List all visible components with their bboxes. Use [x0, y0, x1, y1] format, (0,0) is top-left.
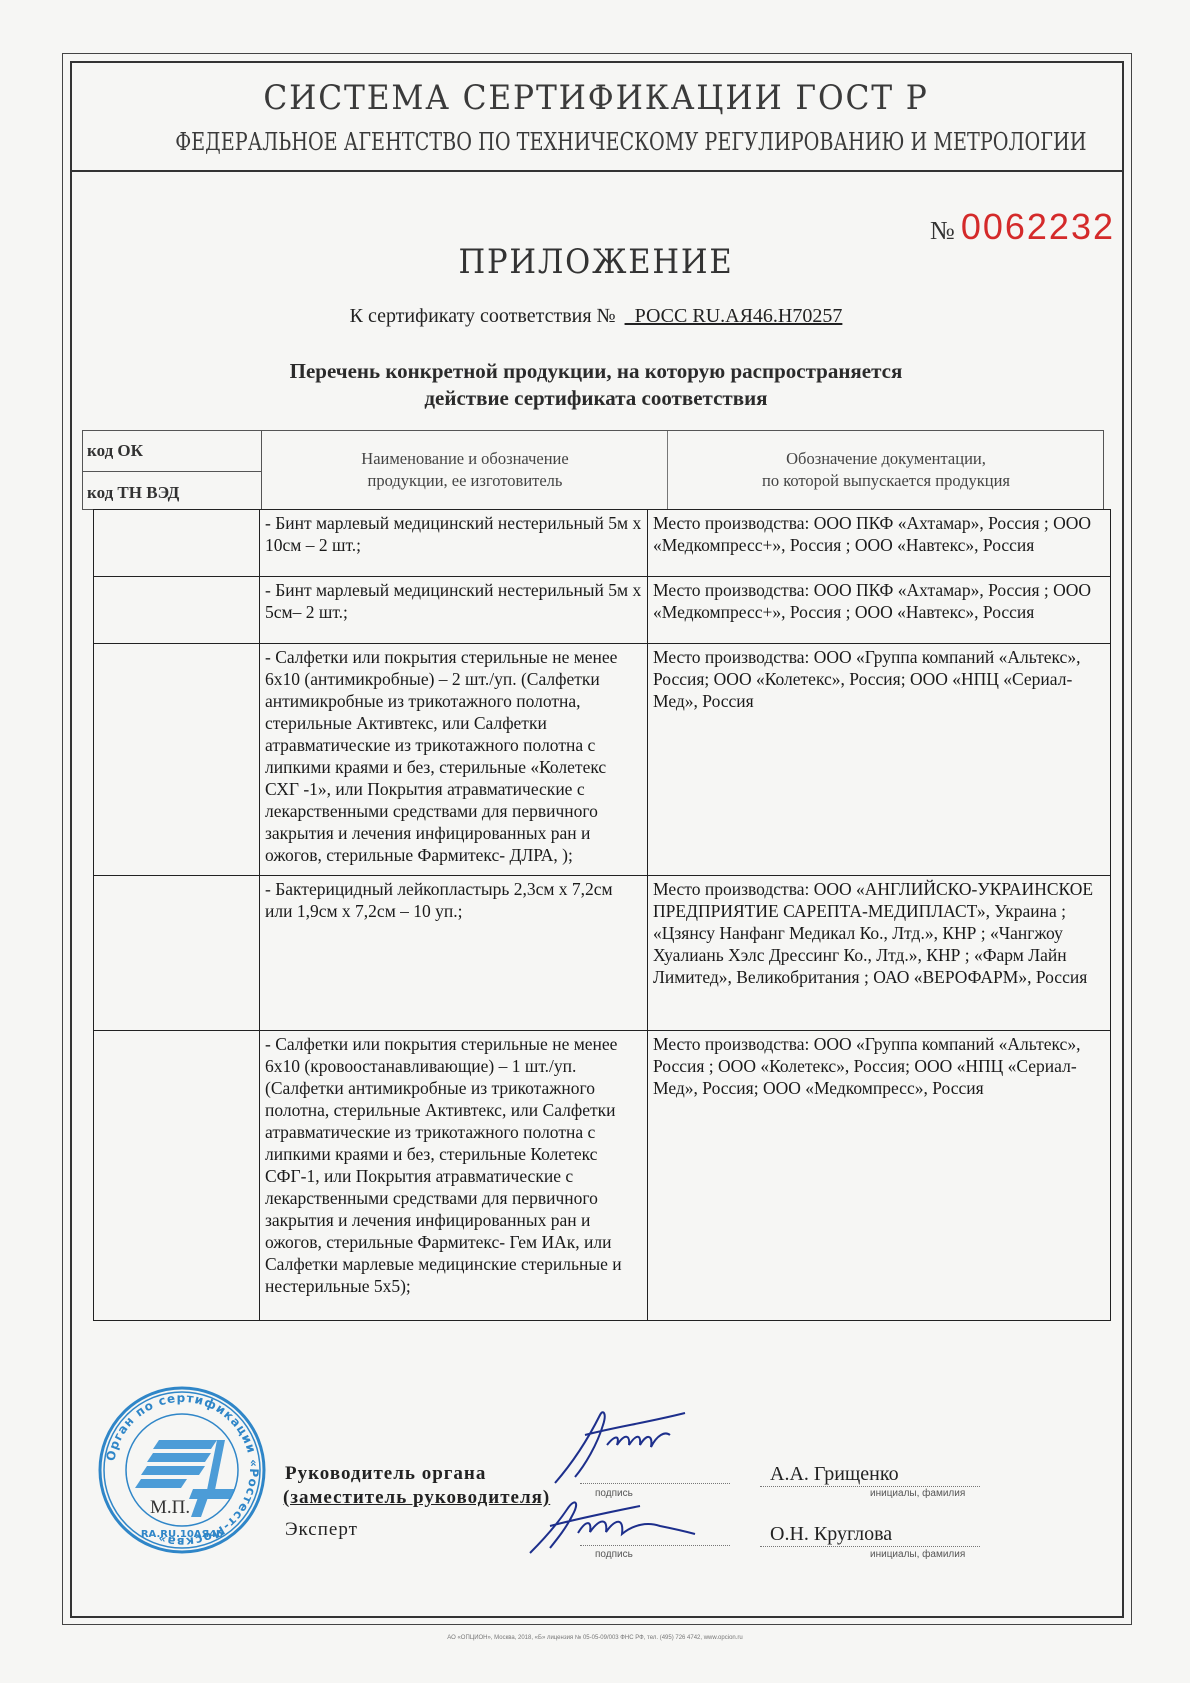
- expert-name-line: [760, 1546, 980, 1547]
- row-product: - Салфетки или покрытия стерильные не ме…: [260, 1031, 648, 1321]
- certificate-reference: К сертификату соответствия № _РОСС RU.АЯ…: [70, 305, 1122, 328]
- row-code: [94, 577, 260, 644]
- table-row: - Бактерицидный лейкопластырь 2,3см х 7,…: [94, 876, 1111, 1031]
- head-signature-icon: [545, 1405, 695, 1485]
- row-product: - Бактерицидный лейкопластырь 2,3см х 7,…: [260, 876, 648, 1031]
- expert-signature-icon: [520, 1488, 710, 1558]
- expert-name: О.Н. Круглова: [770, 1523, 892, 1546]
- row-code: [94, 644, 260, 876]
- expert-signature-caption: подпись: [595, 1549, 633, 1560]
- cert-ref-number: _РОСС RU.АЯ46.Н70257: [625, 305, 843, 327]
- header-docs-line-2: по которой выпускается продукция: [762, 470, 1010, 492]
- system-title: СИСТЕМА СЕРТИФИКАЦИИ ГОСТ Р: [112, 78, 1080, 118]
- header-product: Наименование и обозначение продукции, ее…: [263, 431, 668, 509]
- products-table: - Бинт марлевый медицинский нестерильный…: [93, 509, 1111, 1321]
- header-product-line-2: продукции, ее изготовитель: [361, 470, 568, 492]
- header-product-line-1: Наименование и обозначение: [361, 448, 568, 470]
- serial-value: 0062232: [961, 206, 1115, 247]
- expert-name-caption: инициалы, фамилия: [870, 1549, 965, 1560]
- head-name: А.А. Грищенко: [770, 1463, 899, 1486]
- serial-prefix: №: [930, 216, 955, 245]
- cert-ref-label: К сертификату соответствия №: [350, 305, 616, 327]
- scope-line-1: Перечень конкретной продукции, на котору…: [70, 358, 1122, 385]
- scope-line-2: действие сертификата соответствия: [70, 385, 1122, 412]
- header-docs: Обозначение документации, по которой вып…: [669, 431, 1103, 509]
- row-product: - Салфетки или покрытия стерильные не ме…: [260, 644, 648, 876]
- head-name-line: [760, 1486, 980, 1487]
- table-row: - Бинт марлевый медицинский нестерильный…: [94, 577, 1111, 644]
- header-docs-line-1: Обозначение документации,: [762, 448, 1010, 470]
- table-header: код ОК код ТН ВЭД Наименование и обознач…: [82, 430, 1104, 510]
- head-of-body-label: Руководитель органа: [285, 1463, 486, 1485]
- header-code-ok: код ОК: [87, 441, 143, 461]
- header-code-divider: [83, 471, 261, 472]
- table-row: - Салфетки или покрытия стерильные не ме…: [94, 644, 1111, 876]
- expert-signature-line: [580, 1545, 730, 1546]
- header-divider: [70, 170, 1122, 172]
- deputy-label: (заместитель руководителя): [283, 1487, 550, 1509]
- row-code: [94, 876, 260, 1031]
- scope-heading: Перечень конкретной продукции, на котору…: [70, 358, 1122, 412]
- row-product: - Бинт марлевый медицинский нестерильный…: [260, 577, 648, 644]
- header-codes-cell: код ОК код ТН ВЭД: [83, 431, 262, 509]
- row-docs: Место производства: ООО «Группа компаний…: [648, 644, 1111, 876]
- head-name-caption: инициалы, фамилия: [870, 1488, 965, 1499]
- row-code: [94, 510, 260, 577]
- annex-title: ПРИЛОЖЕНИЕ: [123, 242, 1070, 282]
- agency-name: ФЕДЕРАЛЬНОЕ АГЕНТСТВО ПО ТЕХНИЧЕСКОМУ РЕ…: [175, 128, 1017, 156]
- header-code-tn: код ТН ВЭД: [87, 483, 179, 503]
- expert-label: Эксперт: [285, 1519, 358, 1541]
- printer-imprint: АО «ОПЦИОН», Москва, 2018, «Б» лицензия …: [0, 1635, 1190, 1641]
- seal-place-label: М.П.: [150, 1497, 190, 1519]
- row-docs: Место производства: ООО «АНГЛИЙСКО-УКРАИ…: [648, 876, 1111, 1031]
- svg-text:RA.RU.10АЯ46: RA.RU.10АЯ46: [141, 1529, 223, 1540]
- head-signature-line: [580, 1483, 730, 1484]
- row-code: [94, 1031, 260, 1321]
- row-product: - Бинт марлевый медицинский нестерильный…: [260, 510, 648, 577]
- row-docs: Место производства: ООО «Группа компаний…: [648, 1031, 1111, 1321]
- row-docs: Место производства: ООО ПКФ «Ахтамар», Р…: [648, 510, 1111, 577]
- row-docs: Место производства: ООО ПКФ «Ахтамар», Р…: [648, 577, 1111, 644]
- table-row: - Бинт марлевый медицинский нестерильный…: [94, 510, 1111, 577]
- certification-stamp-icon: Орган по сертификации «Ростест-Москва» R…: [97, 1385, 267, 1555]
- table-row: - Салфетки или покрытия стерильные не ме…: [94, 1031, 1111, 1321]
